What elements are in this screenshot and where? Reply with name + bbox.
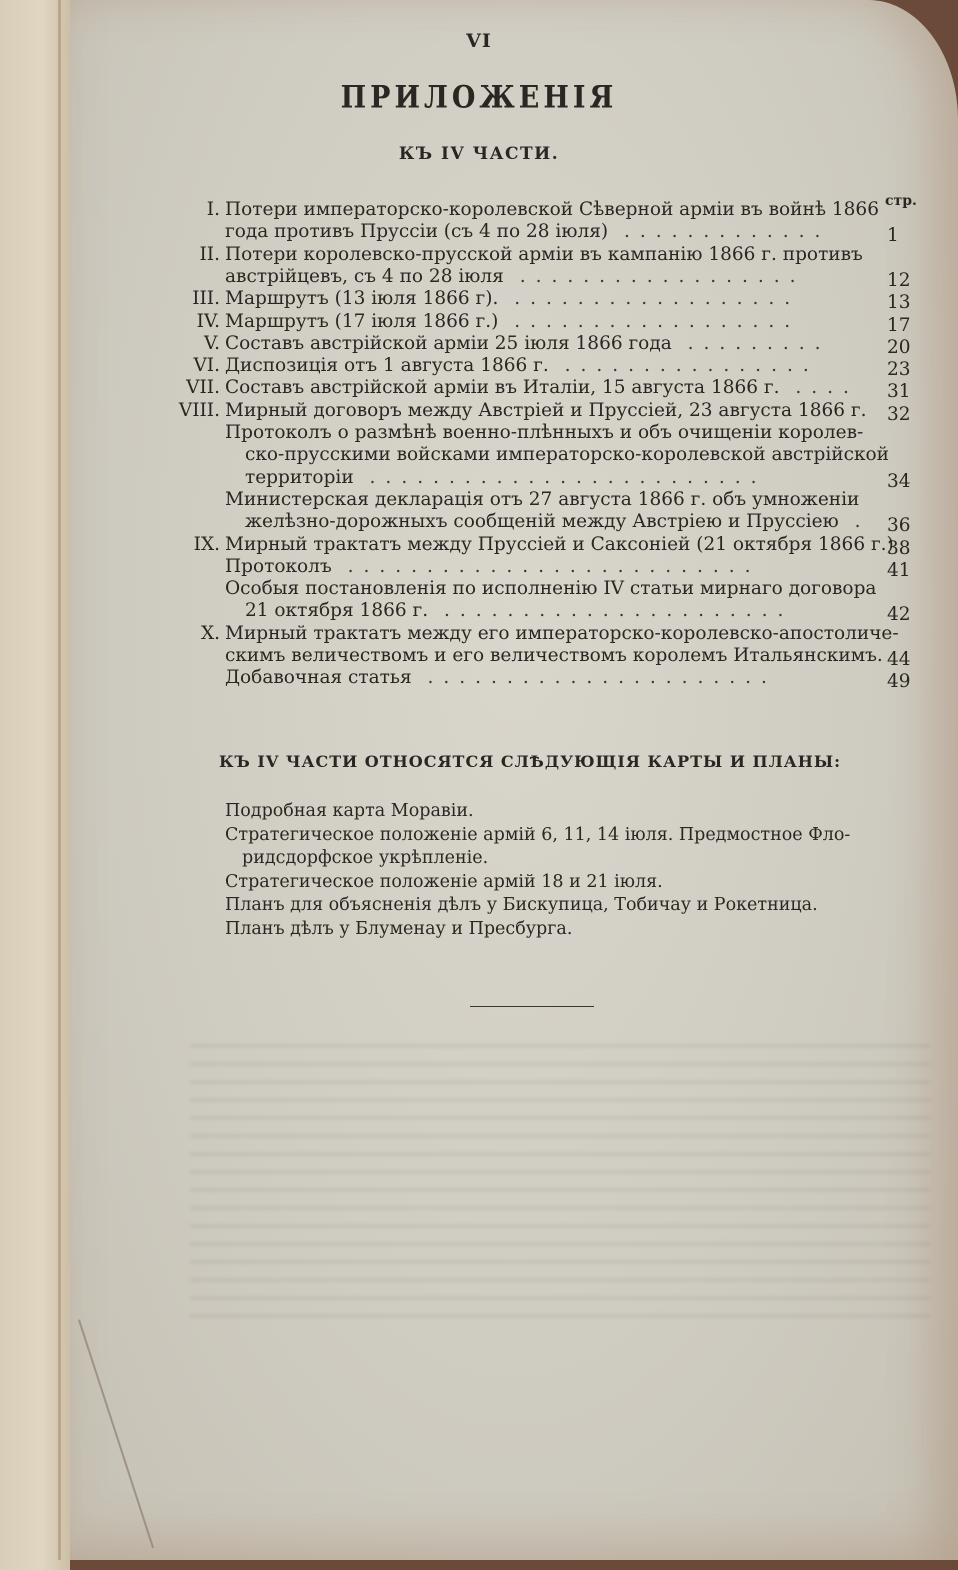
toc-entry-line: желѣзно-дорожныхъ сообщеній между Австрі… xyxy=(245,511,871,533)
toc-entry-line: австрійцевъ, съ 4 по 28 іюля ...........… xyxy=(225,266,806,288)
map-list-item: ридсдорфское укрѣпленіе. xyxy=(225,847,875,871)
map-list-item: Стратегическое положеніе армій 18 и 21 і… xyxy=(225,871,875,895)
toc-entry-page: 1 xyxy=(887,225,917,247)
page-fold-line xyxy=(58,0,61,1560)
toc-entry-number: I. xyxy=(165,199,220,221)
toc-entry-line: года противъ Пруссіи (съ 4 по 28 іюля) .… xyxy=(225,221,830,243)
toc-entry-page: 12 xyxy=(887,270,917,292)
page-title: ПРИЛОЖЕНІЯ xyxy=(0,80,958,116)
toc-entry-number: II. xyxy=(165,244,220,266)
toc-entry-line: Министерская декларація отъ 27 августа 1… xyxy=(225,489,859,511)
dot-leader: .................. xyxy=(498,288,800,309)
page-subtitle: КЪ IV ЧАСТИ. xyxy=(0,144,958,164)
map-list-item: Планъ для объясненія дѣлъ у Бискупица, Т… xyxy=(225,894,875,918)
page-column-label: стр. xyxy=(885,193,917,209)
toc-entry-line: Маршрутъ (13 іюля 1866 г). .............… xyxy=(225,288,800,310)
dot-leader: ............. xyxy=(608,221,830,242)
map-list-item: Стратегическое положеніе армій 6, 11, 14… xyxy=(225,824,875,848)
maps-list: Подробная карта Моравіи.Стратегическое п… xyxy=(225,800,875,941)
toc-entry-page: 32 xyxy=(887,404,917,426)
toc-entry-number: III. xyxy=(165,288,220,310)
toc-entry-page: 41 xyxy=(887,560,917,582)
toc-entry-line: Особыя постановленія по исполненію IV ст… xyxy=(225,578,876,600)
dot-leader: .......................... xyxy=(332,556,761,577)
toc-entry-number: VII. xyxy=(165,377,220,399)
toc-entry-line: Добавочная статья ...................... xyxy=(225,667,777,689)
toc-entry-line: Составъ австрійской арміи въ Италіи, 15 … xyxy=(225,377,859,399)
dot-leader: . xyxy=(839,511,871,532)
toc-entry-page: 17 xyxy=(887,315,917,337)
toc-entry-line: Мирный трактатъ между Пруссіей и Саксоні… xyxy=(225,534,894,556)
toc-entry-line: 21 октября 1866 г. .....................… xyxy=(245,600,793,622)
toc-entry-number: VI. xyxy=(165,355,220,377)
toc-entry-number: IV. xyxy=(165,311,220,333)
map-list-item: Подробная карта Моравіи. xyxy=(225,800,875,824)
dot-leader: ...................... xyxy=(412,667,777,688)
page-number: VI xyxy=(0,30,958,52)
toc-entry-line: скимъ величествомъ и его величествомъ ко… xyxy=(225,645,883,667)
toc-entry-line: Составъ австрійской арміи 25 іюля 1866 г… xyxy=(225,333,831,355)
toc-entry-line: Мирный трактатъ между его императорско-к… xyxy=(225,623,899,645)
toc-entry-page: 49 xyxy=(887,671,917,693)
toc-entry-line: Мирный договоръ между Австріей и Пруссіе… xyxy=(225,400,866,422)
toc-entry-page: 44 xyxy=(887,649,917,671)
bleed-through-text xyxy=(190,1030,930,1330)
toc-entry-line: Потери императорско-королевской Сѣверной… xyxy=(225,199,879,221)
toc-entry-line: Протоколъ .......................... xyxy=(225,556,761,578)
dot-leader: ...................... xyxy=(428,600,793,621)
dot-leader: .... xyxy=(780,377,859,398)
maps-heading: КЪ IV ЧАСТИ ОТНОСЯТСЯ СЛѢДУЮЩІЯ КАРТЫ И … xyxy=(0,752,958,771)
toc-entry-line: ско-прусскими войсками императорско-коро… xyxy=(245,444,889,466)
toc-entry-number: V. xyxy=(165,333,220,355)
dot-leader: .................. xyxy=(504,266,806,287)
dot-leader: .................. xyxy=(498,311,800,332)
dot-leader: ................ xyxy=(549,355,819,376)
toc-entry-page: 23 xyxy=(887,359,917,381)
section-divider xyxy=(470,1006,594,1007)
toc-entry-line: Потери королевско-прусской арміи въ камп… xyxy=(225,244,863,266)
toc-entry-page: 13 xyxy=(887,292,917,314)
toc-entry-page: 31 xyxy=(887,381,917,403)
toc-entry-number: VIII. xyxy=(165,400,220,422)
toc-entry-line: территоріи ......................... xyxy=(245,467,767,489)
toc-entry-number: X. xyxy=(165,623,220,645)
toc-entry-line: Маршрутъ (17 іюля 1866 г.) .............… xyxy=(225,311,800,333)
toc-entry-page: 20 xyxy=(887,337,917,359)
dot-leader: ......................... xyxy=(354,467,767,488)
toc-entry-number: IX. xyxy=(165,534,220,556)
toc-entry-line: Протоколъ о размѣнѣ военно-плѣнныхъ и об… xyxy=(225,422,863,444)
toc-entry-page: 34 xyxy=(887,471,917,493)
toc-entry-line: Диспозиція отъ 1 августа 1866 г. .......… xyxy=(225,355,819,377)
toc-entry-page: 38 xyxy=(887,538,917,560)
map-list-item: Планъ дѣлъ у Блуменау и Пресбурга. xyxy=(225,918,875,942)
dot-leader: ......... xyxy=(672,333,831,354)
